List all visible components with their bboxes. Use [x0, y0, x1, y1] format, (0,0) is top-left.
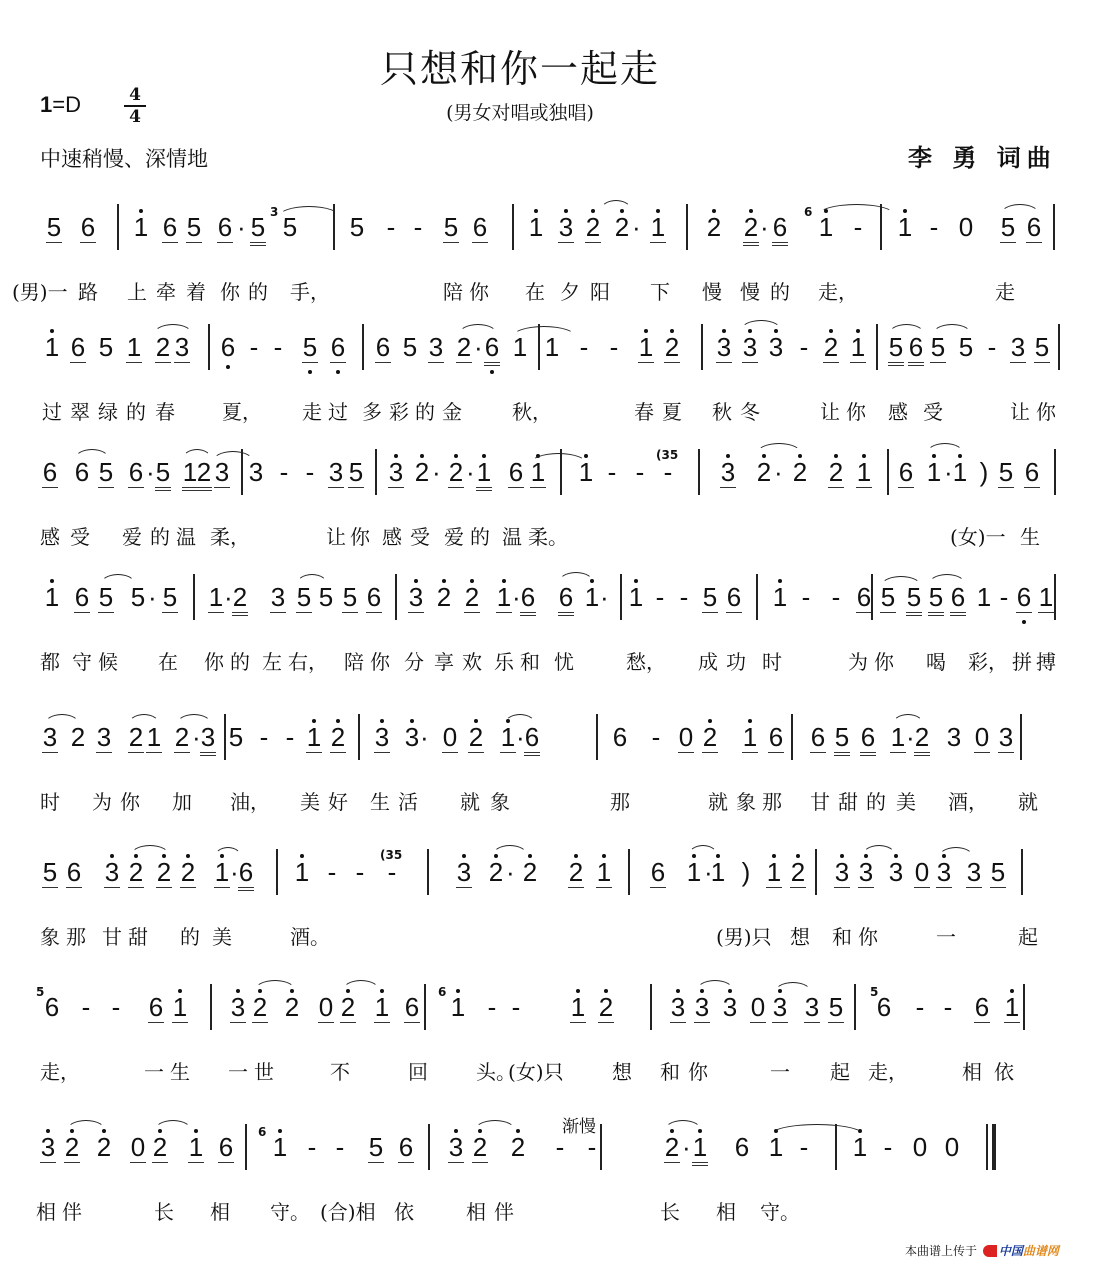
note: 2: [64, 1132, 80, 1163]
slur-tie: [600, 200, 632, 211]
dot-augmentation: ·: [760, 212, 769, 242]
lyric-syllable: 感: [382, 521, 402, 550]
octave-high-dot: [778, 579, 782, 583]
note: 5: [130, 582, 146, 612]
note: 2: [156, 857, 172, 888]
octave-high-dot: [564, 209, 568, 213]
dot-augmentation: ·: [148, 582, 157, 612]
barline: [686, 204, 688, 250]
barline: [791, 714, 793, 760]
footer-brand-2: 曲谱网: [1023, 1244, 1059, 1258]
note: 1: [208, 582, 224, 613]
note: 3: [772, 992, 788, 1023]
note: 1: [852, 1132, 868, 1162]
slur-tie: [130, 845, 170, 856]
note: 1: [450, 992, 466, 1022]
note: 1: [766, 857, 782, 888]
octave-high-dot: [932, 454, 936, 458]
octave-high-dot: [528, 854, 532, 858]
note: 1: [584, 582, 600, 612]
note: 1: [628, 582, 644, 612]
octave-high-dot: [454, 454, 458, 458]
octave-high-dot: [798, 454, 802, 458]
note: 2: [232, 582, 248, 616]
barline: [208, 324, 210, 370]
note: 6: [484, 332, 500, 366]
octave-high-dot: [394, 454, 398, 458]
octave-high-dot: [139, 209, 143, 213]
note: 3: [742, 332, 758, 363]
lyric-syllable: 慢: [740, 276, 760, 305]
barline: [427, 849, 429, 895]
note: 6: [810, 722, 826, 753]
lyric-syllable: (男)一: [12, 276, 68, 305]
lyric-syllable: 走，: [818, 276, 858, 305]
lyric-syllable: 的: [770, 276, 790, 305]
octave-high-dot: [708, 719, 712, 723]
slur-tie: [44, 714, 80, 725]
note: 1: [818, 212, 834, 242]
octave-high-dot: [722, 329, 726, 333]
lyric-syllable: 象: [40, 921, 60, 950]
lyric-syllable: 爱: [444, 521, 464, 550]
lyric-syllable: 让: [820, 396, 840, 425]
slur-tie: [664, 1120, 702, 1131]
score-system: 323212·35--1233·021·66-02166561·2303时为你加…: [0, 722, 1098, 832]
barline: [428, 1124, 430, 1170]
octave-high-dot: [602, 854, 606, 858]
lyric-syllable: 甜: [128, 921, 148, 950]
note: 5: [990, 857, 1006, 888]
note: 3: [428, 332, 444, 363]
note: 0: [914, 857, 930, 888]
note: 2: [790, 857, 806, 888]
dash-extension: -: [270, 332, 286, 362]
note: 0: [958, 212, 974, 242]
barline: [596, 714, 598, 760]
lyric-syllable: 秋: [712, 396, 732, 425]
note: 3: [404, 722, 420, 752]
note: 6: [726, 582, 742, 613]
note: 2: [174, 722, 190, 753]
barline: [876, 324, 878, 370]
note: 1: [133, 212, 149, 242]
lyric-syllable: 那: [762, 786, 782, 815]
barline: [362, 324, 364, 370]
octave-high-dot: [670, 329, 674, 333]
score-system: 322021661--56322--2·161-1-00渐慢相伴长相守。(合)相…: [0, 1132, 1098, 1242]
slur-tie: [182, 449, 212, 460]
dash-extension: -: [246, 332, 262, 362]
slur-tie: [862, 845, 896, 856]
note: 3: [104, 857, 120, 888]
lyric-syllable: 美: [300, 786, 320, 815]
score-system: 56--61322021661--12333033556--61走，一生一世不回…: [0, 992, 1098, 1102]
slur-tie: [688, 845, 718, 856]
lyric-syllable: 温: [502, 521, 522, 550]
octave-high-dot: [840, 854, 844, 858]
note: 6: [860, 722, 876, 756]
octave-high-dot: [46, 1129, 50, 1133]
lyric-syllable: 的: [150, 521, 170, 550]
lyric-syllable: 走: [995, 276, 1015, 305]
note: 5: [443, 212, 459, 243]
lyric-syllable: 过: [328, 396, 348, 425]
note: 5: [1034, 332, 1050, 363]
slur-tie: [458, 324, 498, 335]
lyric-syllable: 感: [888, 396, 908, 425]
lyric-syllable: 美: [212, 921, 232, 950]
lyric-syllable: 就: [460, 786, 480, 815]
note: 6: [856, 582, 872, 613]
note: 2: [510, 1132, 526, 1162]
note: 6: [974, 992, 990, 1023]
octave-low-dot: [1022, 620, 1026, 624]
octave-high-dot: [456, 989, 460, 993]
lyric-syllable: 秋，: [512, 396, 552, 425]
dot-augmentation: ·: [432, 457, 441, 487]
note: 2: [330, 722, 346, 753]
barline: [620, 574, 622, 620]
lyric-syllable: 相: [962, 1056, 982, 1085]
lyric-syllable: (合)相: [320, 1196, 376, 1225]
note: 1: [146, 722, 162, 753]
octave-high-dot: [796, 854, 800, 858]
lyric-syllable: 生: [1020, 521, 1040, 550]
lyric-syllable: 甘: [102, 921, 122, 950]
lyric-syllable: 阳: [590, 276, 610, 305]
lyric-syllable: 金: [442, 396, 462, 425]
barline: [358, 714, 360, 760]
note: 5: [42, 857, 58, 888]
lyric-syllable: (女)只: [508, 1056, 564, 1085]
barline: [701, 324, 703, 370]
lyric-syllable: 甘: [810, 786, 830, 815]
lyric-syllable: 彩: [389, 396, 409, 425]
octave-high-dot: [300, 854, 304, 858]
note: 3: [936, 857, 952, 888]
note: 1: [570, 992, 586, 1023]
lyric-syllable: 相: [716, 1196, 736, 1225]
note: 2: [284, 992, 300, 1022]
note: 5: [98, 332, 114, 362]
note: 1: [44, 582, 60, 612]
note: 6: [330, 332, 346, 363]
dash-extension: -: [798, 582, 814, 612]
dash-extension: -: [576, 332, 592, 362]
note: 1: [528, 212, 544, 242]
barline: [600, 1124, 602, 1170]
barline: [245, 1124, 247, 1170]
octave-high-dot: [470, 579, 474, 583]
slur-tie: [888, 324, 925, 335]
lyric-syllable: 生: [170, 1056, 190, 1085]
octave-high-dot: [482, 454, 486, 458]
dash-extension: -: [880, 1132, 896, 1162]
dot-augmentation: ·: [146, 457, 155, 487]
lyric-syllable: 下: [650, 276, 670, 305]
note: 6: [1026, 212, 1042, 243]
lyric-syllable: 忧: [554, 646, 574, 675]
lyric-syllable: 想: [790, 921, 810, 950]
lyric-syllable: 夕: [560, 276, 580, 305]
octave-high-dot: [410, 719, 414, 723]
note: 3: [670, 992, 686, 1023]
note: 5: [296, 582, 312, 613]
note: 2: [414, 457, 430, 487]
lyric-syllable: 路: [78, 276, 98, 305]
note: 1: [772, 582, 788, 612]
site-logo-icon: [983, 1245, 997, 1257]
barline: [210, 984, 212, 1030]
dash-extension: -: [352, 857, 368, 887]
lyric-syllable: 为: [92, 786, 112, 815]
slur-tie: [254, 980, 296, 991]
dash-extension: -: [324, 857, 340, 887]
note: 2: [464, 582, 480, 613]
lyric-syllable: 欢: [462, 646, 482, 675]
note: 6: [74, 582, 90, 613]
lyric-syllable: 夏: [662, 396, 682, 425]
octave-high-dot: [336, 719, 340, 723]
note: 1: [496, 582, 512, 613]
slur-tie: [818, 204, 895, 215]
note: 6: [520, 582, 536, 616]
key-equals: =: [52, 92, 65, 117]
lyric-syllable: 起: [1018, 921, 1038, 950]
slur-tie: [892, 714, 924, 725]
lyric-syllable: 受: [70, 521, 90, 550]
lyric-syllable: 夏，: [222, 396, 262, 425]
barline: [1058, 324, 1060, 370]
barline: [276, 849, 278, 895]
slur-tie: [66, 1120, 106, 1131]
slur-tie: [342, 980, 380, 991]
note: 1: [897, 212, 913, 242]
lyric-syllable: 你: [350, 521, 370, 550]
slur-tie: [938, 847, 974, 858]
note: 6: [734, 1132, 750, 1162]
slur-tie: [492, 845, 528, 856]
dash-extension: -: [632, 457, 648, 487]
note: 5: [368, 1132, 384, 1163]
note: 6: [524, 722, 540, 756]
note: 2: [828, 457, 844, 488]
note: 5: [228, 722, 244, 752]
note: 2: [456, 332, 472, 363]
lyric-syllable: 过: [42, 396, 62, 425]
note: 5: [98, 582, 114, 613]
note: 1: [856, 457, 872, 488]
note: 1: [596, 857, 612, 888]
octave-high-dot: [414, 579, 418, 583]
lyric-syllable: 和: [832, 921, 852, 950]
lyric-syllable: 起: [830, 1056, 850, 1085]
note: 3: [42, 722, 58, 753]
slur-tie: [154, 1120, 192, 1131]
slur-tie: [504, 714, 536, 725]
lyric-syllable: 生: [370, 786, 390, 815]
note: 6: [908, 332, 924, 366]
note: 6: [42, 457, 58, 488]
score-system: 6656·51233--3532·2·1611---(3532·22161·1)…: [0, 457, 1098, 567]
note: 6: [404, 992, 420, 1023]
lyric-syllable: 受: [410, 521, 430, 550]
lyric-syllable: 冬: [740, 396, 760, 425]
note: 1: [476, 457, 492, 491]
dot-augmentation: ·: [632, 212, 641, 242]
octave-high-dot: [604, 989, 608, 993]
note: 3: [558, 212, 574, 243]
lyric-syllable: 你: [688, 1056, 708, 1085]
note: 5: [162, 582, 178, 613]
note: 5: [702, 582, 718, 613]
lyric-syllable: 都: [40, 646, 60, 675]
slur-tie: [774, 982, 812, 993]
barline: [887, 449, 889, 495]
octave-high-dot: [454, 1129, 458, 1133]
note: 6: [650, 857, 666, 888]
dash-extension: -: [383, 212, 399, 242]
note: 1: [374, 992, 390, 1023]
lyric-syllable: 让: [326, 521, 346, 550]
note: 2: [568, 857, 584, 888]
note: 1: [214, 857, 230, 888]
lyric-syllable: 象: [736, 786, 756, 815]
octave-low-dot: [308, 370, 312, 374]
lyric-syllable: 感: [40, 521, 60, 550]
note: 5: [906, 582, 922, 616]
dash-extension: -: [256, 722, 272, 752]
lyric-syllable: 就: [708, 786, 728, 815]
barline: [1021, 849, 1023, 895]
note: 2: [706, 212, 722, 242]
lyric-syllable: 你: [469, 276, 489, 305]
lyric-syllable: 时: [762, 646, 782, 675]
note: 6: [472, 212, 488, 243]
dash-extension: -: [926, 212, 942, 242]
final-barline-thin: [986, 1124, 988, 1170]
barline: [854, 984, 856, 1030]
slur-tie: [474, 1120, 516, 1131]
octave-high-dot: [576, 989, 580, 993]
note: 2: [472, 1132, 488, 1163]
slur-tie: [74, 449, 110, 460]
note: 1: [692, 1132, 708, 1166]
note: 6: [70, 332, 86, 363]
note: 2: [664, 332, 680, 363]
note: 6: [950, 582, 966, 616]
octave-high-dot: [1010, 989, 1014, 993]
slur-tie: [770, 1124, 864, 1135]
note: 6: [558, 582, 574, 616]
key-signature: 1=D: [40, 92, 81, 118]
lyric-syllable: 加: [172, 786, 192, 815]
lyric-syllable: 候: [98, 646, 118, 675]
lyric-syllable: (女)一: [950, 521, 1006, 550]
octave-high-dot: [50, 579, 54, 583]
slur-tie: [928, 574, 966, 585]
lyric-syllable: 那: [66, 921, 86, 950]
lyric-syllable: 好: [328, 786, 348, 815]
note: 6: [768, 722, 784, 753]
lyric-syllable: 时: [40, 786, 60, 815]
lyric-syllable: 相: [210, 1196, 230, 1225]
note: 1: [686, 857, 702, 887]
song-title: 只想和你一起走: [0, 38, 1040, 93]
lyric-syllable: 让: [1010, 396, 1030, 425]
barline: [1054, 449, 1056, 495]
dash-extension: -: [984, 332, 1000, 362]
note: 3: [328, 457, 344, 488]
note: 3: [858, 857, 874, 888]
slur-tie: [932, 324, 972, 335]
lyric-syllable: 守。: [270, 1196, 310, 1225]
octave-high-dot: [644, 329, 648, 333]
note: 2: [448, 457, 464, 488]
lyric-syllable: 乐: [494, 646, 514, 675]
note: 5: [930, 332, 946, 363]
note: 2: [70, 722, 86, 752]
dash-extension: -: [652, 582, 668, 612]
lyric-syllable: 为: [848, 646, 868, 675]
note: 3: [1010, 332, 1026, 363]
lyric-syllable: 你: [846, 396, 866, 425]
dash-extension: -: [302, 457, 318, 487]
footer-text: 本曲谱上传于: [905, 1244, 977, 1258]
octave-low-dot: [490, 370, 494, 374]
lyric-syllable: 不: [330, 1056, 350, 1085]
dash-extension: -: [508, 992, 524, 1022]
grace-note: 6: [438, 986, 446, 998]
lyric-syllable: 享: [434, 646, 454, 675]
dot-augmentation: ·: [420, 722, 429, 752]
octave-high-dot: [584, 454, 588, 458]
note: 3: [888, 857, 904, 887]
lyric-syllable: 春: [634, 396, 654, 425]
note: 2: [743, 212, 759, 246]
lyric-syllable: 美: [896, 786, 916, 815]
octave-high-dot: [749, 209, 753, 213]
time-signature-bottom: 4: [129, 107, 141, 127]
octave-high-dot: [829, 329, 833, 333]
slur-tie: [100, 574, 136, 585]
footer-credit: 本曲谱上传于 中国曲谱网: [905, 1242, 1059, 1259]
octave-high-dot: [420, 454, 424, 458]
note: 2: [792, 457, 808, 487]
dot-augmentation: ·: [506, 857, 515, 887]
lyric-syllable: 翠: [70, 396, 90, 425]
note: 5: [834, 722, 850, 756]
octave-high-dot: [712, 209, 716, 213]
lyric-syllable: 一: [770, 1056, 790, 1085]
note: 5: [302, 332, 318, 363]
lyric-syllable: 绿: [98, 396, 118, 425]
note: 3: [456, 857, 472, 888]
lyric-syllable: 的: [180, 921, 200, 950]
note: 1: [1038, 582, 1054, 613]
note: 1: [850, 332, 866, 363]
intro-phrase-note: (35: [656, 449, 678, 461]
note: 6: [66, 857, 82, 888]
note: 1: [1004, 992, 1020, 1023]
lyric-syllable: 油，: [230, 786, 270, 815]
score-system: 5632221·61---(3532·22161·1)123330335象那甘甜…: [0, 857, 1098, 967]
note: 5: [928, 582, 944, 616]
lyric-syllable: 依: [994, 1056, 1014, 1085]
note: 5: [46, 212, 62, 243]
note: 2: [598, 992, 614, 1023]
